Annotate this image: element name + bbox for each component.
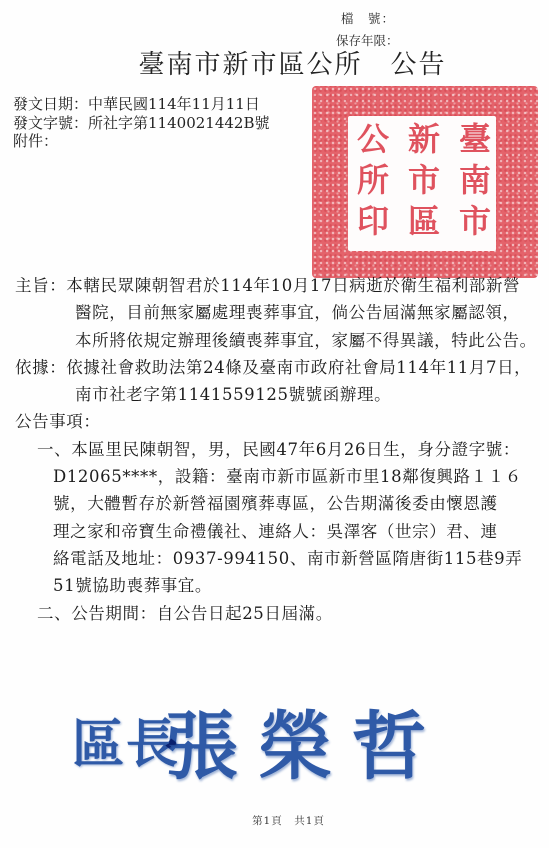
page-number-footer: 第1頁 共1頁	[0, 813, 549, 828]
page-title: 臺南市新市區公所 公告	[0, 44, 549, 81]
item-1-line-1: 一、本區里民陳朝智，男，民國47年6月26日生，身分證字號：	[0, 436, 549, 463]
item-1-line-6: 51號協助喪葬事宜。	[0, 572, 549, 599]
issue-date-label: 發文日期：	[13, 95, 88, 113]
announcement-items-heading: 公告事項：	[0, 408, 549, 435]
issue-date-value: 中華民國114年11月11日	[88, 95, 260, 113]
attachment-label: 附件：	[13, 132, 58, 150]
item-1-line-4: 理之家和帝寶生命禮儀社、連絡人：吳澤客（世宗）君、連	[0, 518, 549, 545]
doc-number-value: 所社字第1140021442B號	[88, 114, 269, 132]
doc-number-label: 發文字號：	[13, 114, 88, 132]
seal-column-middle: 新市區	[406, 122, 438, 245]
official-red-seal-stamp: 臺南市 新市區 公所印	[312, 86, 538, 278]
seal-column-left: 公所印	[355, 122, 387, 245]
basis-line-1: 依據：依據社會救助法第24條及臺南市政府社會局114年11月7日，	[0, 354, 549, 381]
announcement-body: 主旨：本轄民眾陳朝智君於114年10月17日病逝於衛生福利部新營 醫院，目前無家…	[0, 272, 549, 627]
announcement-page: 檔 號： 保存年限： 臺南市新市區公所 公告 發文日期：中華民國114年11月1…	[0, 0, 549, 848]
basis-line-2: 南市社老字第1141559125號號函辦理。	[0, 381, 549, 408]
subject-line-2: 醫院，目前無家屬處理喪葬事宜，倘公告屆滿無家屬認領，	[0, 299, 549, 326]
seal-inner-square: 臺南市 新市區 公所印	[348, 116, 496, 251]
item-1-line-3: 號，大體暫存於新營福園殯葬專區，公告期滿後委由懷恩護	[0, 490, 549, 517]
document-meta: 發文日期：中華民國114年11月11日 發文字號：所社字第1140021442B…	[13, 95, 269, 151]
seal-column-right: 臺南市	[457, 122, 489, 245]
subject-line-3: 本所將依規定辦理後續喪葬事宜，家屬不得異議，特此公告。	[0, 327, 549, 354]
doc-number-line: 發文字號：所社字第1140021442B號	[13, 114, 269, 133]
archive-number-label: 檔 號：	[341, 9, 395, 27]
item-1-line-5: 絡電話及地址：0937-994150、南市新營區隋唐街115巷9弄	[0, 545, 549, 572]
item-2-line: 二、公告期間：自公告日起25日屆滿。	[0, 600, 549, 627]
district-chief-name-stamp: 張榮哲	[164, 688, 446, 794]
attachment-line: 附件：	[13, 132, 269, 151]
item-1-line-2: D12065****，設籍：臺南市新市區新市里18鄰復興路１１６	[0, 463, 549, 490]
issue-date-line: 發文日期：中華民國114年11月11日	[13, 95, 269, 114]
